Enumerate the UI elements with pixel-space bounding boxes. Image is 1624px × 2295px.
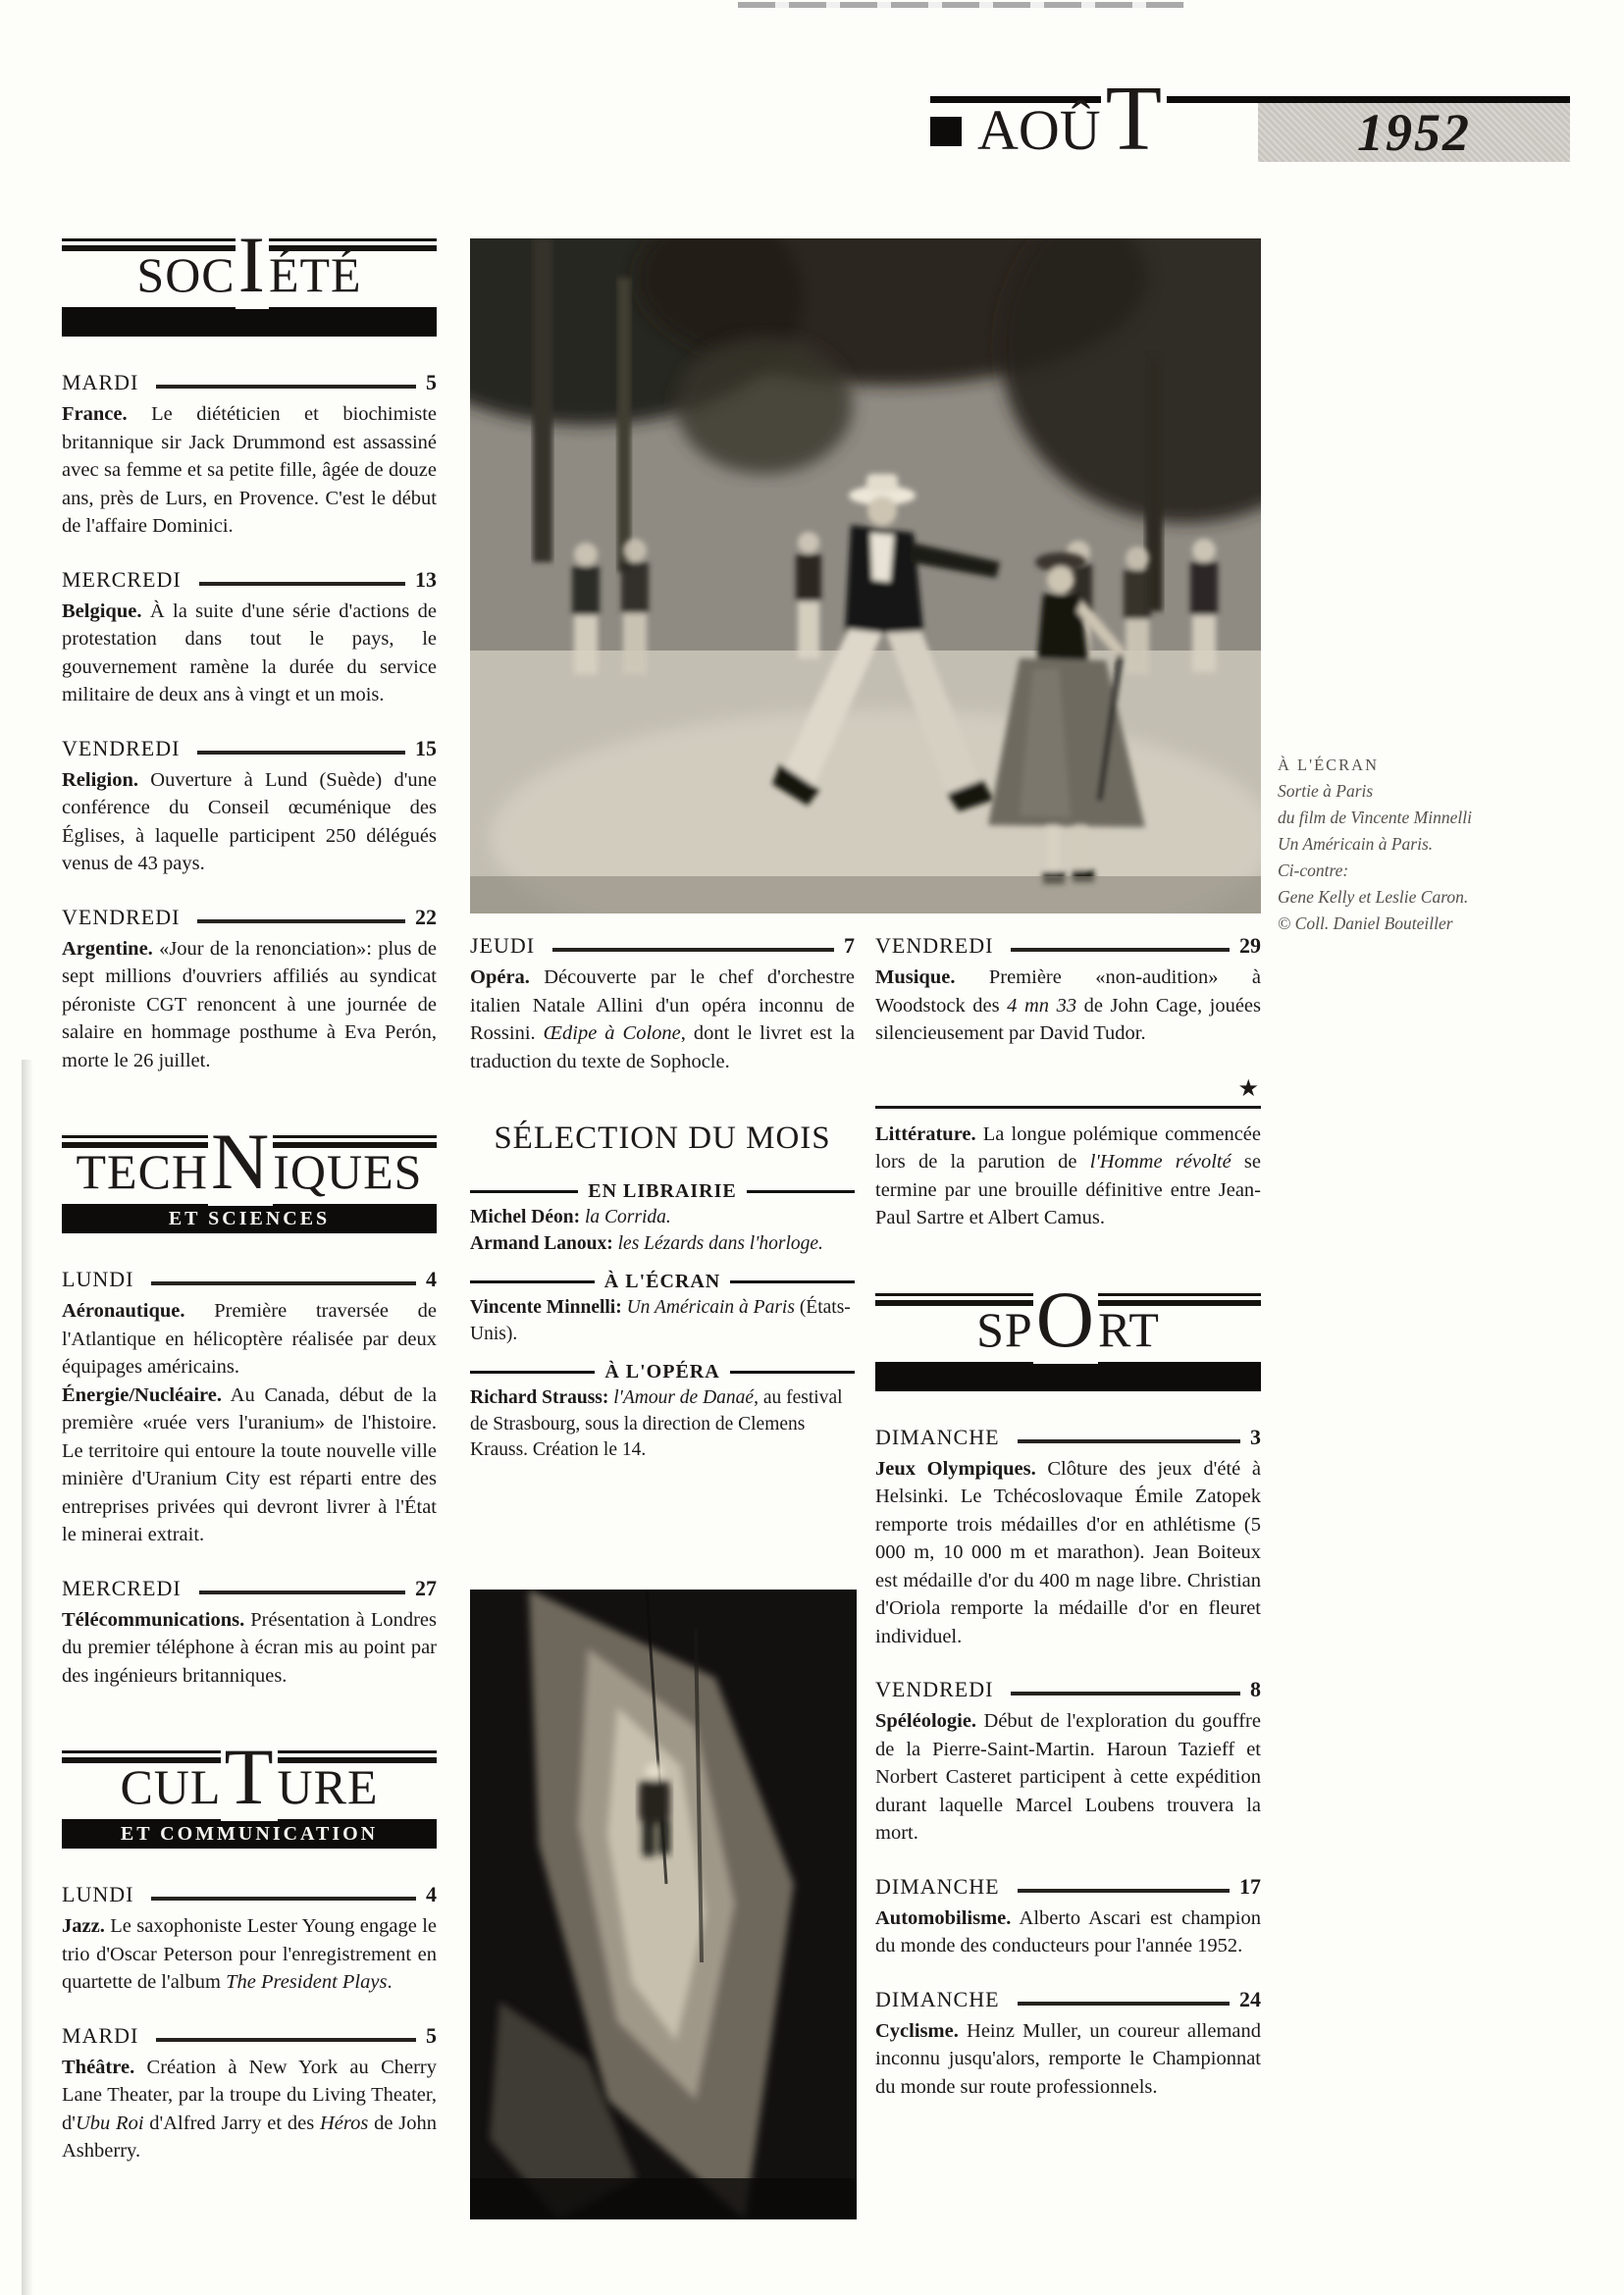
selection-rule: [470, 1190, 578, 1193]
month-text: AOÛ: [977, 98, 1101, 162]
entry-text: Spéléologie. Début de l'exploration du g…: [875, 1707, 1261, 1848]
title-part: ÉTÉ: [269, 247, 362, 302]
entry-body: Le saxophoniste Lester Young engage le t…: [62, 1915, 437, 1993]
entry-lead: Télécommunications.: [62, 1609, 244, 1631]
title-part: IQUES: [273, 1144, 422, 1199]
caption-line: Gene Kelly et Leslie Caron.: [1278, 884, 1606, 911]
entry-day-number: 4: [426, 1882, 437, 1907]
entry-day: MERCREDI: [62, 567, 182, 593]
event-entry: MERCREDI 27 Télécommunications. Présenta…: [62, 1576, 437, 1691]
entry-day-number: 13: [415, 567, 437, 593]
entry-day-number: 22: [415, 905, 437, 930]
title-big-letter: O: [1033, 1275, 1098, 1364]
entry-text: Télécommunications. Présentation à Londr…: [62, 1606, 437, 1691]
dance-scene-illustration: [470, 238, 1261, 913]
entry-day: MERCREDI: [62, 1576, 182, 1601]
selection-group-header: À L'OPÉRA: [470, 1361, 855, 1383]
caption-line: Sortie à Paris: [1278, 778, 1606, 805]
entry-text: Religion. Ouverture à Lund (Suède) d'une…: [62, 766, 437, 878]
selection-rule: [730, 1371, 855, 1374]
selection-rule: [470, 1280, 595, 1283]
entry-rule: [156, 385, 416, 389]
entry-text: Théâtre. Création à New York au Cherry L…: [62, 2054, 437, 2165]
month-title: AOÛT: [930, 102, 1167, 159]
section-bar: [62, 307, 437, 337]
section-heading-sport: SPORT: [875, 1293, 1261, 1391]
entry-rule: [1011, 1692, 1240, 1695]
title-part: SOC: [136, 247, 235, 302]
entry-lead: Automobilisme.: [875, 1907, 1011, 1929]
title-part: RT: [1098, 1302, 1160, 1357]
title-big-letter: T: [221, 1732, 277, 1821]
entry-rule: [151, 1897, 416, 1901]
selection-group-header: À L'ÉCRAN: [470, 1271, 855, 1293]
entry-lead: Cyclisme.: [875, 2020, 959, 2042]
entry-day-header: VENDREDI 29: [875, 933, 1261, 959]
entry-lead: Belgique.: [62, 600, 141, 622]
selection-group-label: À L'OPÉRA: [604, 1361, 719, 1383]
event-entry: DIMANCHE 3 Jeux Olympiques. Clôture des …: [875, 1425, 1261, 1651]
section-title: TECHNIQUES: [62, 1135, 437, 1196]
entry-text: Littérature. La longue polémique commenc…: [875, 1121, 1261, 1232]
entry-day-number: 4: [426, 1267, 437, 1292]
entry-day-header: VENDREDI 22: [62, 905, 437, 930]
entry-lead: Énergie/Nucléaire.: [62, 1384, 222, 1406]
event-entry: MARDI 5 Théâtre. Création à New York au …: [62, 2023, 437, 2165]
entry-rule: [1011, 948, 1230, 952]
event-entry: JEUDI 7 Opéra. Découverte par le chef d'…: [470, 933, 855, 1075]
entry-day-header: VENDREDI 8: [875, 1677, 1261, 1702]
scan-artifact-dashes: [738, 2, 1184, 8]
entry-day-header: DIMANCHE 24: [875, 1987, 1261, 2012]
entry-day: JEUDI: [470, 933, 535, 959]
entry-day: MARDI: [62, 370, 138, 395]
entry-text: Belgique. À la suite d'une série d'actio…: [62, 598, 437, 709]
entry-rule: [1018, 2002, 1230, 2006]
event-entry: LUNDI 4 Aéronautique. Première traversée…: [62, 1267, 437, 1549]
entry-rule: [199, 1591, 405, 1594]
section-heading-techniques: TECHNIQUES ET SCIENCES: [62, 1135, 437, 1233]
entry-lead: Religion.: [62, 769, 138, 791]
selection-group-header: EN LIBRAIRIE: [470, 1180, 855, 1203]
entry-day: DIMANCHE: [875, 1874, 1000, 1900]
cave-exploration-photo: [470, 1590, 857, 2219]
header-square-mark: [930, 117, 962, 146]
selection-group-opera: À L'OPÉRA Richard Strauss: l'Amour de Da…: [470, 1361, 855, 1464]
entry-day-number: 15: [415, 736, 437, 761]
entry-rule: [156, 2038, 416, 2042]
entry-text: Cyclisme. Heinz Muller, un coureur allem…: [875, 2017, 1261, 2102]
photo-caption: À L'ÉCRAN Sortie à Paris du film de Vinc…: [1278, 752, 1606, 937]
caption-line: Ci-contre:: [1278, 858, 1606, 884]
caption-line: © Coll. Daniel Bouteiller: [1278, 911, 1606, 937]
star-icon: ★: [875, 1077, 1261, 1101]
entry-day-header: MARDI 5: [62, 2023, 437, 2049]
entry-day-number: 3: [1250, 1425, 1261, 1450]
caption-line: Un Américain à Paris.: [1278, 831, 1606, 858]
selection-item: Armand Lanoux: les Lézards dans l'horlog…: [470, 1231, 855, 1258]
entry-day-header: VENDREDI 15: [62, 736, 437, 761]
page-gutter-shadow: [22, 1060, 33, 2295]
selection-group-librairie: EN LIBRAIRIE Michel Déon: la Corrida. Ar…: [470, 1180, 855, 1257]
event-entry: MERCREDI 13 Belgique. À la suite d'une s…: [62, 567, 437, 709]
left-column: SOCIÉTÉ MARDI 5 France. Le diététicien e…: [62, 238, 437, 2192]
entry-day-header: MERCREDI 13: [62, 567, 437, 593]
entry-lead: Littérature.: [875, 1123, 976, 1145]
title-big-letter: N: [208, 1117, 273, 1206]
event-entry: VENDREDI 8 Spéléologie. Début de l'explo…: [875, 1677, 1261, 1848]
entry-text: Jazz. Le saxophoniste Lester Young engag…: [62, 1912, 437, 1997]
selection-rule: [730, 1280, 855, 1283]
section-title: CULTURE: [62, 1750, 437, 1811]
page-header: AOÛT 1952: [930, 55, 1570, 165]
entry-rule: [552, 948, 834, 952]
selection-rule: [747, 1190, 855, 1193]
entry-day: MARDI: [62, 2023, 138, 2049]
entry-rule: [1018, 1889, 1230, 1893]
month-big-letter: T: [1101, 68, 1167, 170]
entry-day: VENDREDI: [875, 1677, 993, 1702]
litterature-highlight: ★ Littérature. La longue polémique comme…: [875, 1077, 1261, 1232]
entry-day: LUNDI: [62, 1882, 133, 1907]
litterature-rule: [875, 1106, 1261, 1109]
middle-column: JEUDI 7 Opéra. Découverte par le chef d'…: [470, 933, 855, 1464]
entry-rule: [1018, 1439, 1240, 1443]
entry-lead: Jazz.: [62, 1915, 105, 1937]
entry-text: Jeux Olympiques. Clôture des jeux d'été …: [875, 1455, 1261, 1651]
entry-day-number: 5: [426, 370, 437, 395]
entry-rule: [151, 1281, 416, 1285]
year-badge: 1952: [1258, 103, 1570, 162]
section-heading-culture: CULTURE ET COMMUNICATION: [62, 1750, 437, 1849]
selection-group-label: À L'ÉCRAN: [604, 1271, 720, 1293]
selection-item: Richard Strauss: l'Amour de Danaé, au fe…: [470, 1385, 855, 1464]
entry-lead: Spéléologie.: [875, 1710, 976, 1732]
section-title: SOCIÉTÉ: [62, 238, 437, 299]
entry-day-number: 7: [844, 933, 855, 959]
entry-text: Énergie/Nucléaire. Au Canada, début de l…: [62, 1382, 437, 1549]
entry-text: France. Le diététicien et biochimiste br…: [62, 400, 437, 541]
selection-item: Michel Déon: la Corrida.: [470, 1205, 855, 1231]
entry-text: Opéra. Découverte par le chef d'orchestr…: [470, 964, 855, 1075]
entry-rule: [197, 919, 405, 923]
entry-day-header: LUNDI 4: [62, 1267, 437, 1292]
entry-day-header: DIMANCHE 17: [875, 1874, 1261, 1900]
section-heading-society: SOCIÉTÉ: [62, 238, 437, 337]
entry-text: Argentine. «Jour de la renonciation»: pl…: [62, 935, 437, 1075]
entry-lead: Musique.: [875, 966, 955, 988]
entry-day: VENDREDI: [875, 933, 993, 959]
event-entry: DIMANCHE 24 Cyclisme. Heinz Muller, un c…: [875, 1987, 1261, 2102]
selection-group-ecran: À L'ÉCRAN Vincente Minnelli: Un Américai…: [470, 1271, 855, 1347]
entry-rule: [197, 751, 405, 755]
caption-line: À L'ÉCRAN: [1278, 752, 1606, 778]
entry-day-header: LUNDI 4: [62, 1882, 437, 1907]
entry-day-number: 27: [415, 1576, 437, 1601]
entry-day-number: 5: [426, 2023, 437, 2049]
selection-of-the-month: SÉLECTION DU MOIS EN LIBRAIRIE Michel Dé…: [470, 1121, 855, 1464]
selection-rule: [470, 1371, 595, 1374]
event-entry: VENDREDI 22 Argentine. «Jour de la renon…: [62, 905, 437, 1075]
cave-illustration: [470, 1590, 857, 2219]
entry-day-number: 17: [1239, 1874, 1261, 1900]
entry-rule: [199, 582, 405, 586]
title-big-letter: I: [236, 220, 269, 309]
entry-day: VENDREDI: [62, 905, 180, 930]
entry-text: Aéronautique. Première traversée de l'At…: [62, 1297, 437, 1382]
entry-day-header: JEUDI 7: [470, 933, 855, 959]
section-bar: [875, 1362, 1261, 1391]
section-subtitle: ET COMMUNICATION: [121, 1823, 378, 1846]
event-entry: DIMANCHE 17 Automobilisme. Alberto Ascar…: [875, 1874, 1261, 1960]
entry-day-header: DIMANCHE 3: [875, 1425, 1261, 1450]
title-part: URE: [278, 1759, 379, 1814]
entry-day-header: MERCREDI 27: [62, 1576, 437, 1601]
entry-lead: Aéronautique.: [62, 1300, 184, 1322]
right-column: VENDREDI 29 Musique. Première «non-audit…: [875, 933, 1261, 2127]
caption-line: du film de Vincente Minnelli: [1278, 805, 1606, 831]
title-part: SP: [976, 1302, 1033, 1357]
section-subtitle: ET SCIENCES: [169, 1208, 330, 1230]
entry-day-number: 29: [1239, 933, 1261, 959]
section-bar: ET SCIENCES: [62, 1204, 437, 1233]
selection-item: Vincente Minnelli: Un Américain à Paris …: [470, 1295, 855, 1347]
event-entry: LUNDI 4 Jazz. Le saxophoniste Lester You…: [62, 1882, 437, 1997]
dance-scene-photo: [470, 238, 1261, 913]
entry-lead: Opéra.: [470, 966, 530, 988]
selection-title: SÉLECTION DU MOIS: [470, 1121, 855, 1157]
selection-group-label: EN LIBRAIRIE: [588, 1180, 736, 1203]
entry-body: Au Canada, début de la première «ruée ve…: [62, 1384, 437, 1546]
entry-lead: Argentine.: [62, 938, 153, 960]
entry-lead: Jeux Olympiques.: [875, 1458, 1036, 1480]
entry-day: DIMANCHE: [875, 1425, 1000, 1450]
entry-text: Musique. Première «non-audition» à Woods…: [875, 964, 1261, 1048]
entry-lead: Théâtre.: [62, 2057, 134, 2078]
event-entry: VENDREDI 29 Musique. Première «non-audit…: [875, 933, 1261, 1048]
entry-day: LUNDI: [62, 1267, 133, 1292]
event-entry: MARDI 5 France. Le diététicien et biochi…: [62, 370, 437, 541]
entry-day-header: MARDI 5: [62, 370, 437, 395]
event-entry: VENDREDI 15 Religion. Ouverture à Lund (…: [62, 736, 437, 878]
title-part: CUL: [120, 1759, 221, 1814]
entry-day-number: 24: [1239, 1987, 1261, 2012]
section-bar: ET COMMUNICATION: [62, 1819, 437, 1849]
entry-body: Clôture des jeux d'été à Helsinki. Le Tc…: [875, 1458, 1261, 1647]
entry-day-number: 8: [1250, 1677, 1261, 1702]
title-part: TECH: [77, 1144, 209, 1199]
entry-day: DIMANCHE: [875, 1987, 1000, 2012]
section-title: SPORT: [875, 1293, 1261, 1354]
entry-text: Automobilisme. Alberto Ascari est champi…: [875, 1904, 1261, 1960]
entry-lead: France.: [62, 403, 128, 425]
entry-day: VENDREDI: [62, 736, 180, 761]
